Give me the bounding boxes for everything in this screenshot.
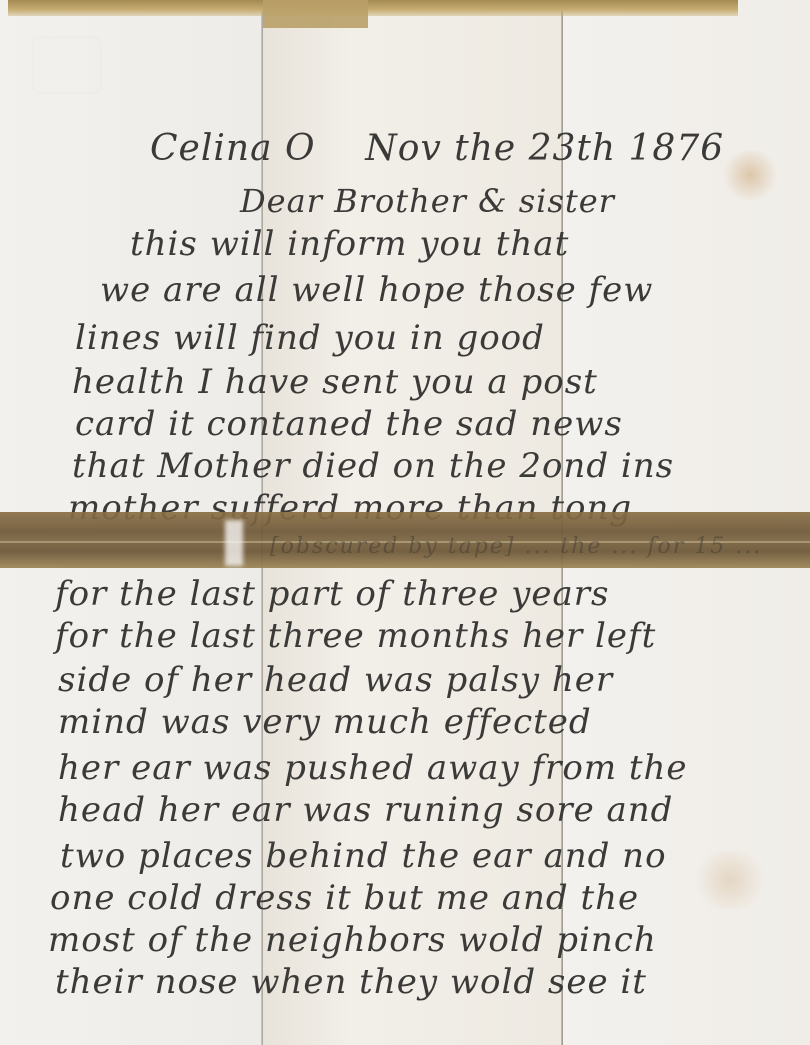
letter-line: for the last three months her left — [55, 616, 656, 656]
letter-line: one cold dress it but me and the — [50, 878, 639, 918]
letter-line: mind was very much effected — [58, 702, 592, 742]
middle-tape-strip: [obscured by tape] ... the ... for 15 ..… — [0, 512, 810, 568]
letter-line: side of her head was palsy her — [58, 660, 613, 700]
letter-line: lines will find you in good — [75, 318, 545, 358]
letter-line: we are all well hope those few — [100, 270, 653, 310]
letter-line: health I have sent you a post — [72, 362, 598, 402]
letter-date: Nov the 23th 1876 — [365, 128, 724, 169]
letter-place: Celina O — [150, 128, 315, 169]
letter-line: most of the neighbors wold pinch — [48, 920, 657, 960]
obscured-letter-line: [obscured by tape] ... the ... for 15 ..… — [270, 534, 762, 559]
letter-line: their nose when they wold see it — [55, 962, 647, 1002]
letter-heading: Celina O Nov the 23th 1876 — [150, 128, 724, 169]
letter-line: her ear was pushed away from the — [58, 748, 688, 788]
letter-line: this will inform you that — [130, 224, 569, 264]
letter-line: head her ear was runing sore and — [58, 790, 673, 830]
letter-salutation: Dear Brother & sister — [240, 182, 615, 220]
letter-page: Celina O Nov the 23th 1876 Dear Brother … — [0, 0, 810, 1045]
letter-line: card it contaned the sad news — [75, 404, 623, 444]
letter-line: for the last part of three years — [55, 574, 609, 614]
letter-line: that Mother died on the 2ond ins — [72, 446, 674, 486]
letter-line: two places behind the ear and no — [60, 836, 667, 876]
